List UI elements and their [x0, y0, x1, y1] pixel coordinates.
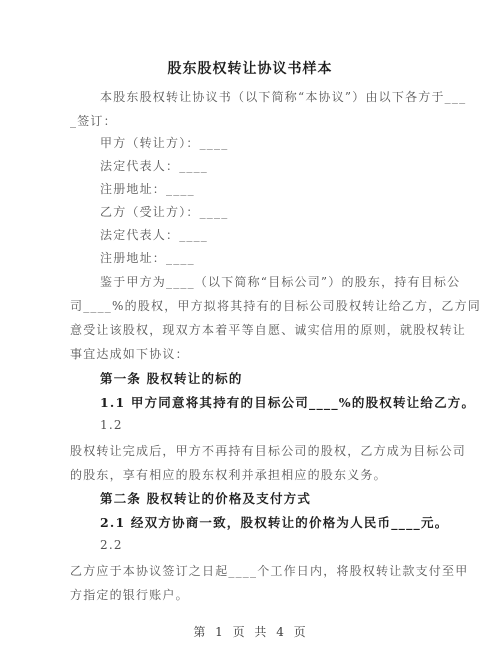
- document-title: 股东股权转让协议书样本: [0, 58, 500, 78]
- party-b-address: 注册地址：____: [100, 249, 195, 266]
- article-1-heading: 第一条 股权转让的标的: [100, 369, 243, 387]
- party-a-legal-rep: 法定代表人：____: [100, 157, 208, 174]
- clause-1-2-line-1: 股权转让完成后，甲方不再持有目标公司的股权，乙方成为目标公司: [70, 442, 466, 459]
- preamble-line-4: 事宜达成如下协议：: [70, 345, 189, 362]
- intro-line-1: 本股东股权转让协议书（以下简称“本协议”）由以下各方于___: [100, 88, 466, 105]
- intro-line-2: _签订：: [70, 112, 117, 129]
- page-footer: 第 1 页 共 4 页: [0, 623, 500, 640]
- preamble-line-1: 鉴于甲方为____（以下简称“目标公司”）的股东，持有目标公: [100, 273, 460, 290]
- clause-2-2-line-1: 乙方应于本协议签订之日起____个工作日内，将股权转让款支付至甲: [70, 562, 468, 579]
- party-b-name: 乙方（受让方）：____: [100, 203, 228, 220]
- preamble-line-2: 司____%的股权，甲方拟将其持有的目标公司股权转让给乙方，乙方同: [70, 297, 481, 314]
- party-a-name: 甲方（转让方）：____: [100, 134, 228, 151]
- party-b-legal-rep: 法定代表人：____: [100, 226, 208, 243]
- clause-1-1: 1.1 甲方同意将其持有的目标公司____%的股权转让给乙方。: [100, 393, 475, 411]
- clause-2-2-line-2: 方指定的银行账户。: [70, 586, 189, 603]
- clause-2-1: 2.1 经双方协商一致，股权转让的价格为人民币____元。: [100, 513, 448, 531]
- document-page: 股东股权转让协议书样本 本股东股权转让协议书（以下简称“本协议”）由以下各方于_…: [0, 0, 500, 647]
- party-a-address: 注册地址：____: [100, 180, 195, 197]
- clause-1-2-line-2: 的股东，享有相应的股东权利并承担相应的股东义务。: [70, 466, 387, 483]
- clause-2-2-number: 2.2: [100, 538, 123, 552]
- article-2-heading: 第二条 股权转让的价格及支付方式: [100, 489, 311, 507]
- preamble-line-3: 意受让该股权，现双方本着平等自愿、诚实信用的原则，就股权转让: [70, 321, 466, 338]
- clause-1-2-number: 1.2: [100, 418, 123, 432]
